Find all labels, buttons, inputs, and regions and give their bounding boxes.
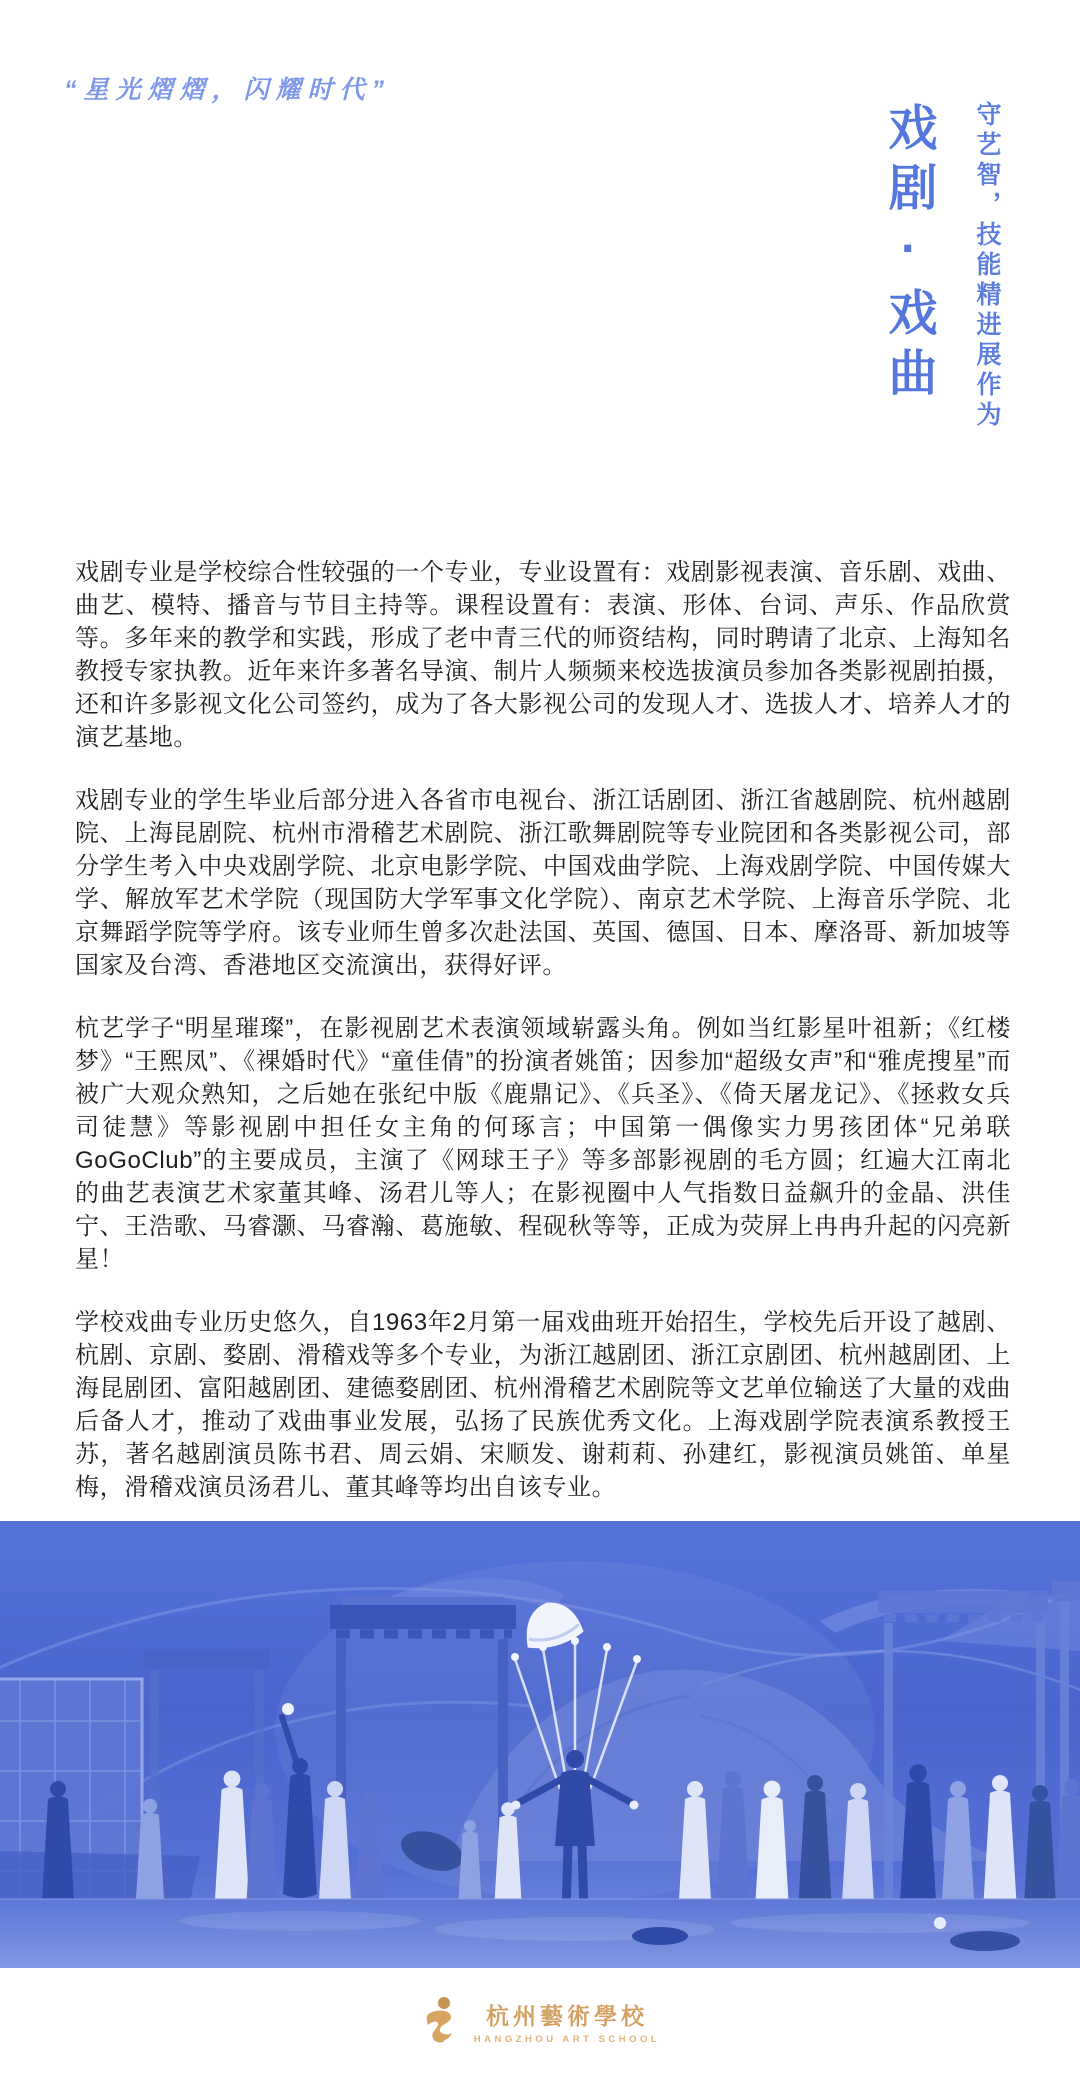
brochure-page: “星光熠熠，闪耀时代” 戏剧·戏曲 守艺智，技能精进展作为 戏剧专业是学校综合性…	[0, 0, 1080, 2078]
school-name-cn: 杭州藝術學校	[486, 1998, 648, 2031]
paragraph-stars: 杭艺学子“明星璀璨”，在影视剧艺术表演领域崭露头角。例如当红影星叶祖新；《红楼梦…	[75, 1012, 1011, 1276]
stage-photo-illustration	[0, 1521, 1080, 1968]
school-name-en: HANGZHOU ART SCHOOL	[474, 2034, 660, 2045]
paragraph-graduates: 戏剧专业的学生毕业后部分进入各省市电视台、浙江话剧团、浙江省越剧院、杭州越剧院、…	[75, 784, 1011, 982]
paragraph-opera-history: 学校戏曲专业历史悠久，自1963年2月第一届戏曲班开始招生，学校先后开设了越剧、…	[75, 1306, 1011, 1504]
page-subtitle: 守艺智，技能精进展作为	[974, 101, 999, 431]
paragraph-overview: 戏剧专业是学校综合性较强的一个专业，专业设置有：戏剧影视表演、音乐剧、戏曲、曲艺…	[75, 556, 1011, 754]
school-logo-text: 杭州藝術學校 HANGZHOU ART SCHOOL	[474, 1998, 660, 2045]
footer: 杭州藝術學校 HANGZHOU ART SCHOOL	[0, 1996, 1080, 2046]
tagline-quote: “星光熠熠，闪耀时代”	[64, 70, 391, 106]
article-body: 戏剧专业是学校综合性较强的一个专业，专业设置有：戏剧影视表演、音乐剧、戏曲、曲艺…	[75, 556, 1011, 1504]
stage-photo	[0, 1521, 1080, 1968]
page-title: 戏剧·戏曲	[884, 102, 933, 407]
school-logo-icon	[420, 1996, 462, 2046]
